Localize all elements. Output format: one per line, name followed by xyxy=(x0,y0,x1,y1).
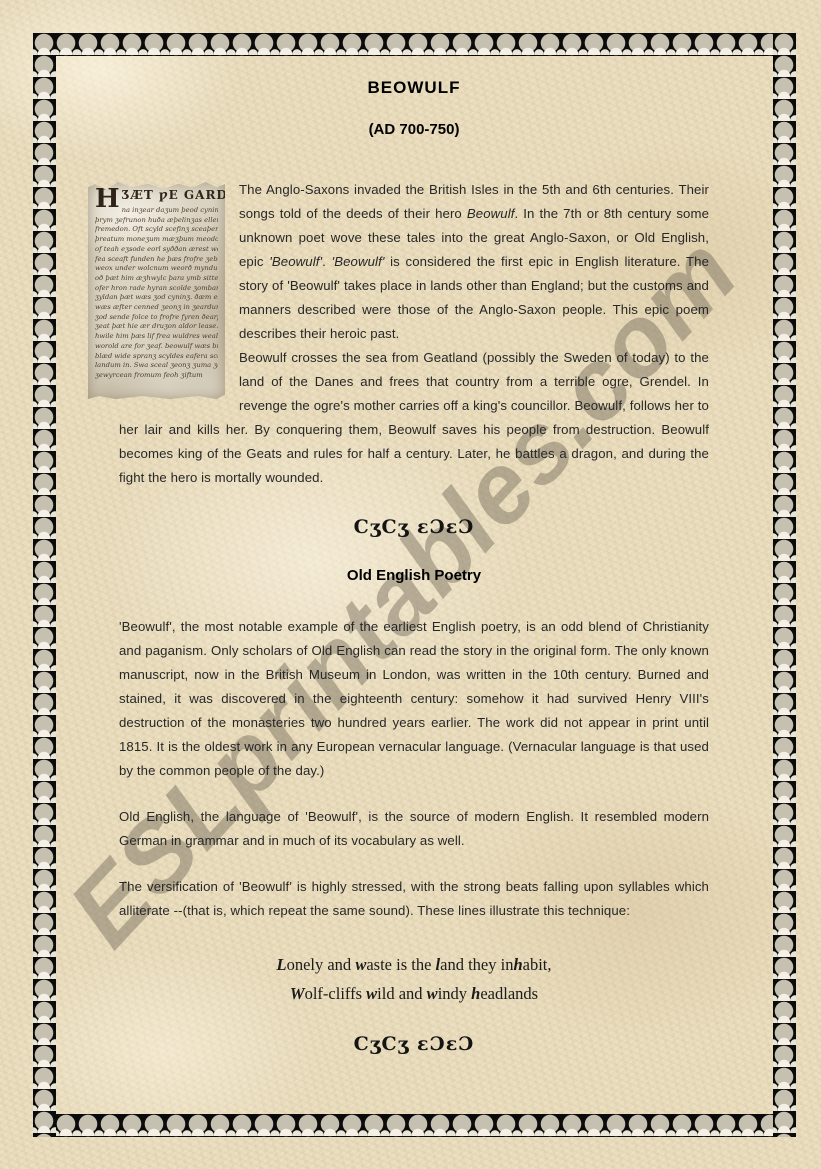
page-subtitle: (AD 700-750) xyxy=(119,121,709,138)
intro-section: HƷÆT ƿE GARDA na inʒear daʒum þeod cynin… xyxy=(119,178,709,490)
ornament-divider-1: CʒCʒ ɛƆɛƆ xyxy=(119,516,709,538)
manuscript-initial-letter: H xyxy=(95,188,121,210)
document-content: BEOWULF (AD 700-750) HƷÆT ƿE GARDA na in… xyxy=(119,0,709,1055)
decorative-border-bottom xyxy=(33,1114,796,1137)
beowulf-manuscript-image: HƷÆT ƿE GARDA na inʒear daʒum þeod cynin… xyxy=(88,182,225,399)
manuscript-line: of teah eʒsode eorl syððan ærest wearð xyxy=(95,245,218,255)
manuscript-line: hwile him þæs lif frea wuldres wealdend xyxy=(95,332,218,342)
section-heading-old-english-poetry: Old English Poetry xyxy=(119,567,709,584)
poetry-paragraph-2: Old English, the language of 'Beowulf', … xyxy=(119,805,709,853)
manuscript-line: fea sceaft funden he þæs frofre ʒebad xyxy=(95,255,218,265)
manuscript-line: þreatum moneʒum mæʒþum meodo setla xyxy=(95,235,218,245)
manuscript-line: blæd wide spranʒ scyldes eafera scede xyxy=(95,352,218,362)
manuscript-line: na inʒear daʒum þeod cyninʒa xyxy=(122,206,218,216)
manuscript-line: oð þæt him æʒhwylc þara ymb sittendra xyxy=(95,274,218,284)
manuscript-line: ʒyldan þæt wæs ʒod cyninʒ. ðæm eafera xyxy=(95,293,218,303)
ornament-divider-2: CʒCʒ ɛƆɛƆ xyxy=(119,1033,709,1055)
manuscript-line: landum in. Swa sceal ʒeonʒ ʒuma ʒode xyxy=(95,361,218,371)
decorative-border-right xyxy=(773,33,796,1137)
decorative-border-left xyxy=(33,33,56,1137)
verse-line-1: Lonely and waste is the land they inhabi… xyxy=(119,950,709,979)
manuscript-heading-text: ƷÆT ƿE GARDA xyxy=(122,188,225,202)
manuscript-line: ʒewyrcean fromum feoh ʒiftum xyxy=(95,371,218,381)
manuscript-heading: HƷÆT ƿE GARDA xyxy=(95,188,218,202)
manuscript-line: weox under wolcnum weorð myndum þah xyxy=(95,264,218,274)
poetry-paragraph-3: The versification of 'Beowulf' is highly… xyxy=(119,875,709,923)
manuscript-line: fremedon. Oft scyld scefinʒ sceaþena xyxy=(95,225,218,235)
manuscript-line: ʒeat þæt hie ær druʒon aldor lease. lanʒ… xyxy=(95,322,218,332)
poetry-paragraph-1: 'Beowulf', the most notable example of t… xyxy=(119,615,709,783)
verse-line-2: Wolf-cliffs wild and windy headlands xyxy=(119,979,709,1008)
verse-block: Lonely and waste is the land they inhabi… xyxy=(119,950,709,1008)
manuscript-line: ʒod sende folce to frofre fyren ðearfe o… xyxy=(95,313,218,323)
decorative-border-top xyxy=(33,33,796,56)
manuscript-line: þrym ʒefrunon huða æþelinʒas ellen xyxy=(95,216,218,226)
worksheet-page: ESLprintables.com BEOWULF (AD 700-750) H… xyxy=(0,0,821,1169)
manuscript-lines: na inʒear daʒum þeod cyninʒaþrym ʒefruno… xyxy=(95,206,218,381)
page-title: BEOWULF xyxy=(119,78,709,98)
manuscript-line: wæs æfter cenned ʒeonʒ in ʒeardum þone xyxy=(95,303,218,313)
manuscript-line: worold are for ʒeaf. beowulf wæs breme xyxy=(95,342,218,352)
manuscript-line: ofer hron rade hyran scolde ʒomban xyxy=(95,284,218,294)
